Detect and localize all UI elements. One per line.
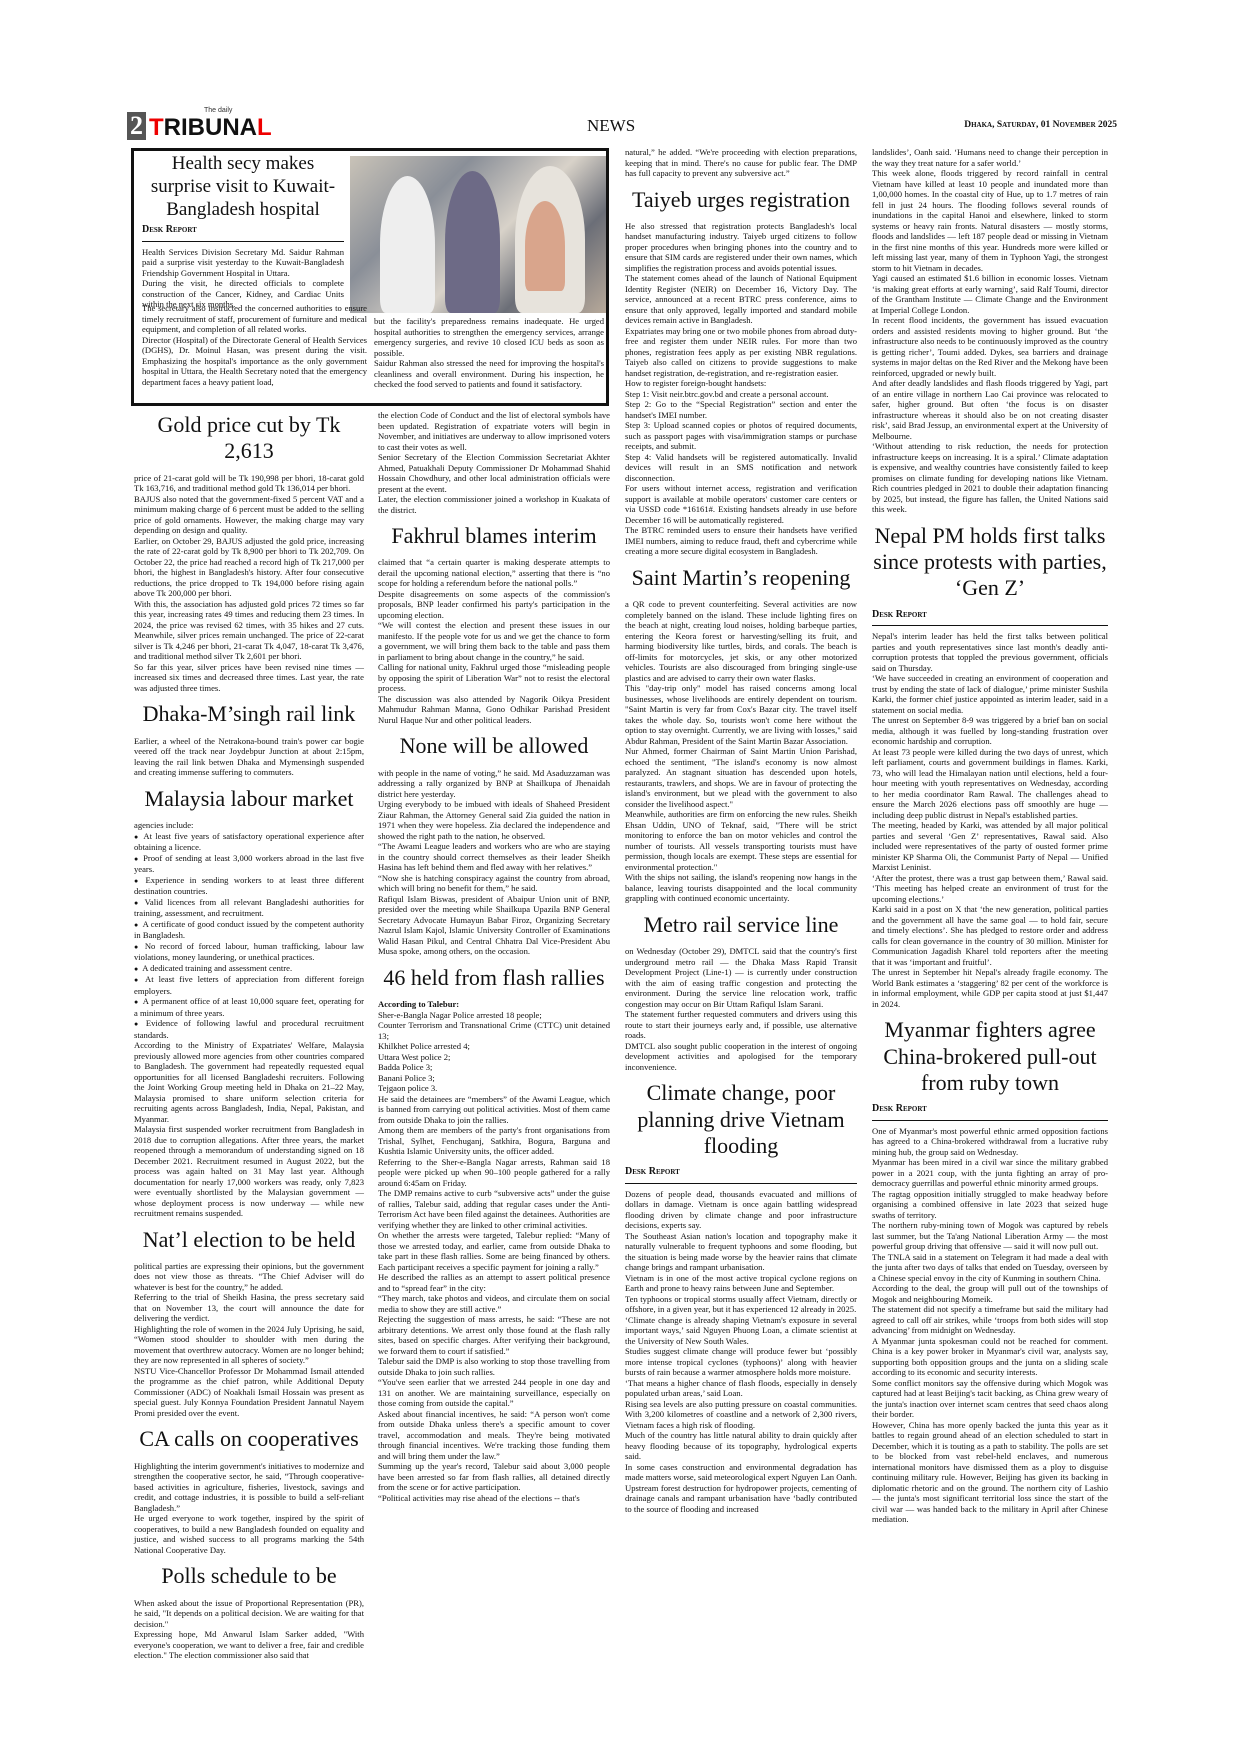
article-para: ‘That means a higher chance of flash flo… bbox=[625, 1378, 857, 1399]
article-para: Step 1: Visit neir.btrc.gov.bd and creat… bbox=[625, 389, 857, 400]
feature-photo bbox=[350, 156, 606, 313]
article-para: A Myanmar junta spokesman could not be r… bbox=[872, 1336, 1108, 1378]
article-para: According to the Ministry of Expatriates… bbox=[134, 1040, 364, 1124]
article-para: Step 2: Go to the “Special Registration”… bbox=[625, 399, 857, 420]
list-item: Khilkhet Police arrested 4; bbox=[378, 1041, 610, 1052]
article-para: At least 73 people were killed during th… bbox=[872, 747, 1108, 821]
bullet-item: Evidence of following lawful and procedu… bbox=[134, 1018, 364, 1040]
climate-byline: Desk Report bbox=[625, 1167, 857, 1184]
logo-letters: RIBUNA bbox=[164, 114, 257, 141]
list-item: Tejgaon police 3. bbox=[378, 1083, 610, 1094]
article-para: Meanwhile, authorities are firm on enfor… bbox=[625, 809, 857, 872]
article-para: The DMP remains active to curb “subversi… bbox=[378, 1188, 610, 1230]
feature-para: The secretary also instructed the concer… bbox=[142, 303, 367, 335]
list-item: Counter Terrorism and Transnational Crim… bbox=[378, 1020, 610, 1041]
section-name: NEWS bbox=[587, 116, 635, 136]
article-para: Step 3: Upload scanned copies or photos … bbox=[625, 420, 857, 452]
logo-letter-t: T bbox=[149, 114, 164, 141]
column-4: landslides’, Oanh said. ‘Humans need to … bbox=[872, 147, 1108, 1525]
article-para: Myanmar has been mired in a civil war si… bbox=[872, 1157, 1108, 1189]
headline-saint-martin: Saint Martin’s reopening bbox=[625, 565, 857, 591]
logo-letter-l: L bbox=[257, 114, 272, 141]
article-para: He said the detainees are “members” of t… bbox=[378, 1094, 610, 1126]
article-para: On whether the arrests were targeted, Ta… bbox=[378, 1230, 610, 1272]
article-para: “The Awami League leaders and workers wh… bbox=[378, 841, 610, 873]
article-para: In recent flood incidents, the governmen… bbox=[872, 315, 1108, 378]
article-para: on Wednesday (October 29), DMTCL said th… bbox=[625, 946, 857, 1009]
article-para: Dozens of people dead, thousands evacuat… bbox=[625, 1189, 857, 1231]
article-para: The statement did not specify a timefram… bbox=[872, 1304, 1108, 1336]
article-para: price of 21-carat gold will be Tk 190,99… bbox=[134, 473, 364, 494]
list-item: Uttara West police 2; bbox=[378, 1052, 610, 1063]
list-item: Badda Police 3; bbox=[378, 1062, 610, 1073]
article-para: The unrest on September 8-9 was triggere… bbox=[872, 715, 1108, 747]
article-para: The ragtag opposition initially struggle… bbox=[872, 1189, 1108, 1221]
article-para: Summing up the year's record, Talebur sa… bbox=[378, 1461, 610, 1493]
article-para: The statement comes ahead of the launch … bbox=[625, 273, 857, 326]
article-para: BAJUS also noted that the government-fix… bbox=[134, 494, 364, 536]
feature-para: Director (Hospital) of the Directorate G… bbox=[142, 335, 367, 388]
bullet-item: A certificate of good conduct issued by … bbox=[134, 919, 364, 941]
bullet-item: A permanent office of at least 10,000 sq… bbox=[134, 996, 364, 1018]
feature-headline: Health secy makes surprise visit to Kuwa… bbox=[142, 153, 344, 221]
article-para: This week alone, floods triggered by rec… bbox=[872, 168, 1108, 273]
bullet-item: At least five letters of appreciation fr… bbox=[134, 974, 364, 996]
page-number: 2 bbox=[127, 112, 146, 140]
article-para: Highlighting the role of women in the 20… bbox=[134, 1324, 364, 1366]
column-2: the election Code of Conduct and the lis… bbox=[378, 410, 610, 1503]
headline-nepal: Nepal PM holds first talks since protest… bbox=[872, 523, 1108, 602]
article-para: When asked about the issue of Proportion… bbox=[134, 1598, 364, 1630]
article-para: “You've seen earlier that we arrested 24… bbox=[378, 1377, 610, 1409]
article-para: So far this year, silver prices have bee… bbox=[134, 662, 364, 694]
article-para: Referring to the Sher-e-Bangla Nagar arr… bbox=[378, 1157, 610, 1189]
article-para: with people in the name of voting,” he s… bbox=[378, 768, 610, 800]
nepal-byline: Desk Report bbox=[872, 610, 1108, 627]
article-para: ‘We have succeeded in creating an enviro… bbox=[872, 673, 1108, 715]
logo-tagline: The daily bbox=[204, 107, 232, 114]
bullet-item: A dedicated training and assessment cent… bbox=[134, 963, 364, 975]
bullet-item: Valid licences from all relevant Banglad… bbox=[134, 897, 364, 919]
column-3: natural,” he added. “We're proceeding wi… bbox=[625, 147, 857, 1514]
article-para: Talebur said the DMP is also working to … bbox=[378, 1356, 610, 1377]
article-para: With the ships not sailing, the island's… bbox=[625, 872, 857, 904]
feature-para: but the facility's preparedness remains … bbox=[374, 316, 604, 358]
headline-coop: CA calls on cooperatives bbox=[134, 1426, 364, 1452]
article-para: NSTU Vice-Chancellor Professor Dr Mohamm… bbox=[134, 1366, 364, 1419]
article-para: Vietnam is in one of the most active tro… bbox=[625, 1273, 857, 1294]
feature-para: Health Services Division Secretary Md. S… bbox=[142, 247, 344, 279]
headline-malaysia: Malaysia labour market bbox=[134, 786, 364, 812]
article-para: The unrest in September hit Nepal's alre… bbox=[872, 967, 1108, 1009]
headline-rail: Dhaka-M’singh rail link bbox=[134, 701, 364, 727]
article-para: Asked about financial incentives, he sai… bbox=[378, 1409, 610, 1462]
article-para: “Political activities may rise ahead of … bbox=[378, 1493, 610, 1504]
article-para: One of Myanmar's most powerful ethnic ar… bbox=[872, 1126, 1108, 1158]
article-para: In some cases construction and environme… bbox=[625, 1462, 857, 1515]
headline-none-allowed: None will be allowed bbox=[378, 733, 610, 759]
article-para: landslides’, Oanh said. ‘Humans need to … bbox=[872, 147, 1108, 168]
article-para: He described the rallies as an attempt t… bbox=[378, 1272, 610, 1293]
article-para: The northern ruby-mining town of Mogok w… bbox=[872, 1220, 1108, 1252]
article-para: ‘Climate change is already shaping Vietn… bbox=[625, 1315, 857, 1347]
feature-byline: Desk Report bbox=[142, 225, 344, 242]
article-para: Step 4: Valid handsets will be registere… bbox=[625, 452, 857, 484]
article-para: political parties are expressing their o… bbox=[134, 1261, 364, 1293]
article-para: Yagi caused an estimated $1.6 billion in… bbox=[872, 273, 1108, 315]
headline-taiyeb: Taiyeb urges registration bbox=[625, 187, 857, 213]
article-para: And after deadly landslides and flash fl… bbox=[872, 378, 1108, 441]
article-para: Nepal's interim leader has held the firs… bbox=[872, 631, 1108, 673]
article-para: Rejecting the suggestion of mass arrests… bbox=[378, 1314, 610, 1356]
article-para: The Southeast Asian nation's location an… bbox=[625, 1231, 857, 1273]
article-para: For users without internet access, regis… bbox=[625, 483, 857, 525]
article-para: Much of the country has little natural a… bbox=[625, 1430, 857, 1462]
bullet-item: At least five years of satisfactory oper… bbox=[134, 831, 364, 853]
article-para: Some conflict monitors say the offensive… bbox=[872, 1378, 1108, 1420]
article-para: “We will contest the election and presen… bbox=[378, 620, 610, 662]
bullet-item: Experience in sending workers to at leas… bbox=[134, 875, 364, 897]
article-para: claimed that “a certain quarter is makin… bbox=[378, 557, 610, 589]
article-para: Despite disagreements on some aspects of… bbox=[378, 589, 610, 621]
article-para: With this, the association has adjusted … bbox=[134, 599, 364, 662]
headline-election: Nat’l election to be held bbox=[134, 1227, 364, 1253]
article-para: However, China has more openly backed th… bbox=[872, 1420, 1108, 1525]
list-item: Banani Police 3; bbox=[378, 1073, 610, 1084]
article-para: Referring to the trial of Sheikh Hasina,… bbox=[134, 1292, 364, 1324]
article-para: He also stressed that registration prote… bbox=[625, 221, 857, 274]
article-para: According to the deal, the group will pu… bbox=[872, 1283, 1108, 1304]
article-para: Rising sea levels are also putting press… bbox=[625, 1399, 857, 1431]
bullet-item: No record of forced labour, human traffi… bbox=[134, 941, 364, 963]
article-para: The statement further requested commuter… bbox=[625, 1009, 857, 1041]
article-para: ‘After the protest, there was a trust ga… bbox=[872, 873, 1108, 905]
dateline: Dhaka, Saturday, 01 November 2025 bbox=[964, 120, 1117, 130]
article-para: Malaysia first suspended worker recruitm… bbox=[134, 1124, 364, 1219]
headline-polls: Polls schedule to be bbox=[134, 1563, 364, 1589]
article-para: The meeting, headed by Karki, was attend… bbox=[872, 820, 1108, 873]
feature-para: Saidur Rahman also stressed the need for… bbox=[374, 358, 604, 390]
article-para: natural,” he added. “We're proceeding wi… bbox=[625, 147, 857, 179]
headline-myanmar: Myanmar fighters agree China-brokered pu… bbox=[872, 1017, 1108, 1096]
article-para: Nur Ahmed, former Chairman of Saint Mart… bbox=[625, 746, 857, 809]
article-para: Among them are members of the party's fr… bbox=[378, 1125, 610, 1157]
article-para: a QR code to prevent counterfeiting. Sev… bbox=[625, 599, 857, 683]
article-para: Earlier, a wheel of the Netrakona-bound … bbox=[134, 736, 364, 778]
article-para: The TNLA said in a statement on Telegram… bbox=[872, 1252, 1108, 1284]
myanmar-byline: Desk Report bbox=[872, 1104, 1108, 1121]
masthead: 2 The daily TRIBUNAL NEWS Dhaka, Saturda… bbox=[127, 108, 1117, 140]
headline-fakhrul: Fakhrul blames interim bbox=[378, 523, 610, 549]
article-para: the election Code of Conduct and the lis… bbox=[378, 410, 610, 452]
article-lead: According to Talebur: bbox=[378, 999, 610, 1010]
article-para: Highlighting the interim government's in… bbox=[134, 1461, 364, 1514]
article-para: Studies suggest climate change will prod… bbox=[625, 1346, 857, 1378]
article-para: Expatriates may bring one or two mobile … bbox=[625, 326, 857, 379]
headline-climate: Climate change, poor planning drive Viet… bbox=[625, 1080, 857, 1159]
article-para: Rafiqul Islam Biswas, president of Abaip… bbox=[378, 894, 610, 957]
article-para: This "day-trip only" model has raised co… bbox=[625, 683, 857, 746]
article-para: Ten typhoons or tropical storms usually … bbox=[625, 1294, 857, 1315]
article-para: agencies include: bbox=[134, 820, 364, 831]
article-para: Calling for national unity, Fakhrul urge… bbox=[378, 662, 610, 694]
bullet-item: Proof of sending at least 3,000 workers … bbox=[134, 853, 364, 875]
article-para: Senior Secretary of the Election Commiss… bbox=[378, 452, 610, 494]
feature-article: Health secy makes surprise visit to Kuwa… bbox=[131, 148, 609, 406]
article-para: “Now she is hatching conspiracy against … bbox=[378, 873, 610, 894]
article-para: “They march, take photos and videos, and… bbox=[378, 1293, 610, 1314]
column-1: Gold price cut by Tk 2,613 price of 21-c… bbox=[134, 410, 364, 1661]
headline-gold: Gold price cut by Tk 2,613 bbox=[134, 412, 364, 465]
article-para: DMTCL also sought public cooperation in … bbox=[625, 1041, 857, 1073]
article-para: How to register foreign-bought handsets: bbox=[625, 378, 857, 389]
article-para: ‘Without attending to risk reduction, th… bbox=[872, 441, 1108, 515]
headline-flash-rallies: 46 held from flash rallies bbox=[378, 965, 610, 991]
headline-metro-rail: Metro rail service line bbox=[625, 912, 857, 938]
article-para: Urging everybody to be imbued with ideal… bbox=[378, 799, 610, 841]
newspaper-logo: 2 The daily TRIBUNAL bbox=[127, 108, 272, 140]
article-para: Earlier, on October 29, BAJUS adjusted t… bbox=[134, 536, 364, 599]
article-para: Expressing hope, Md Anwarul Islam Sarker… bbox=[134, 1629, 364, 1661]
article-para: Karki said in a post on X that ‘the new … bbox=[872, 904, 1108, 967]
article-para: The discussion was also attended by Nago… bbox=[378, 694, 610, 726]
article-para: The BTRC reminded users to ensure their … bbox=[625, 525, 857, 557]
list-item: Sher-e-Bangla Nagar Police arrested 18 p… bbox=[378, 1010, 610, 1021]
article-para: He urged everyone to work together, insp… bbox=[134, 1513, 364, 1555]
article-para: Later, the election commissioner joined … bbox=[378, 494, 610, 515]
